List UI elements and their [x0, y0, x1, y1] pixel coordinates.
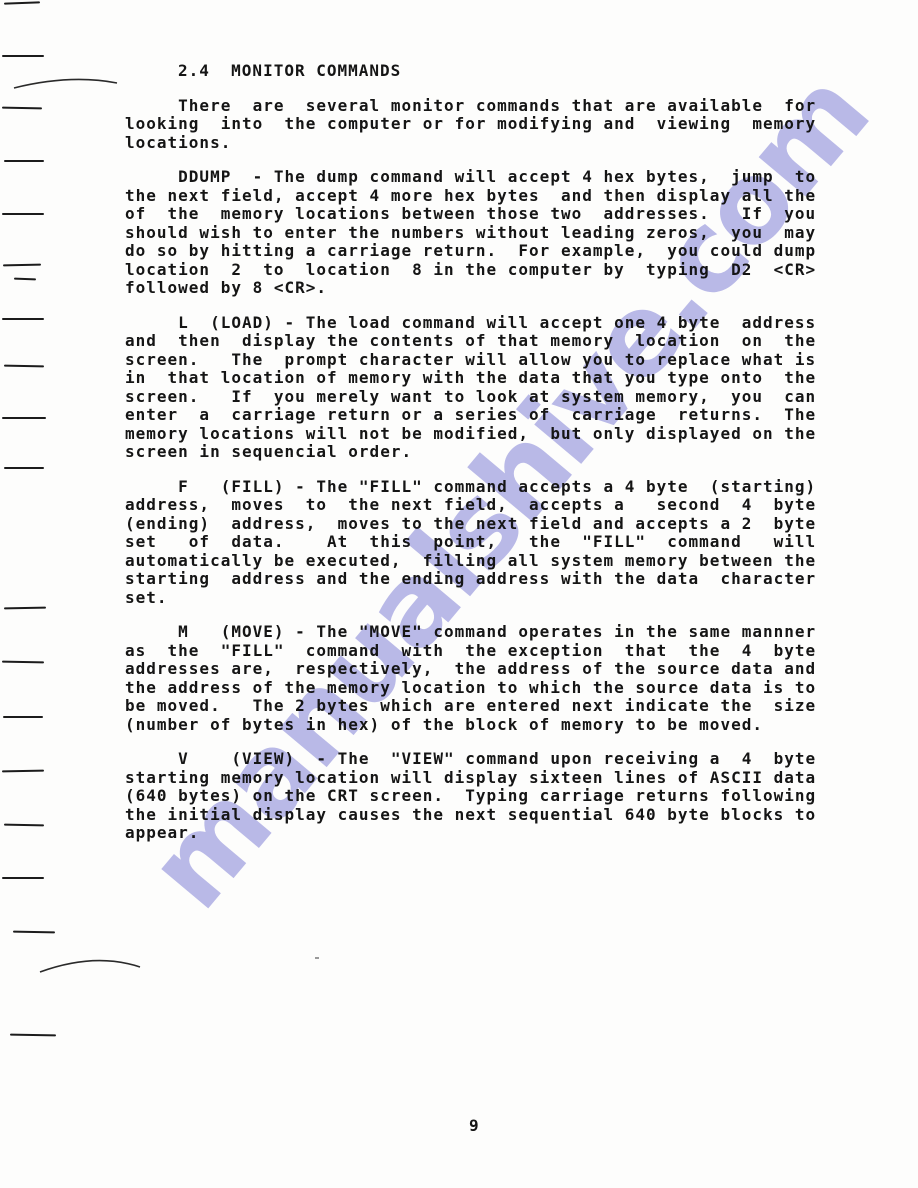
scan-mark: [13, 931, 55, 934]
body-paragraphs: There are several monitor commands that …: [125, 97, 840, 843]
text-line: L (LOAD) - The load command will accept …: [125, 314, 840, 333]
page-number: 9: [469, 1116, 480, 1135]
scanned-page: manualshive.com 2.4 MONITOR COMMANDS The…: [0, 0, 918, 1188]
scan-mark: [2, 107, 42, 110]
text-line: set.: [125, 589, 840, 608]
paragraph-load-command: L (LOAD) - The load command will accept …: [125, 314, 840, 462]
text-line: F (FILL) - The "FILL" command accepts a …: [125, 478, 840, 497]
text-line: M (MOVE) - The "MOVE" command operates i…: [125, 623, 840, 642]
text-line: be moved. The 2 bytes which are entered …: [125, 697, 840, 716]
scan-mark: [4, 1, 40, 4]
document-body: 2.4 MONITOR COMMANDS There are several m…: [125, 62, 840, 859]
scan-artifact-curve: [0, 945, 160, 985]
scan-mark: [14, 278, 36, 281]
text-line: as the "FILL" command with the exception…: [125, 642, 840, 661]
scan-mark: [2, 877, 44, 879]
text-line: should wish to enter the numbers without…: [125, 224, 840, 243]
text-line: addresses are, respectively, the address…: [125, 660, 840, 679]
text-line: V (VIEW) - The "VIEW" command upon recei…: [125, 750, 840, 769]
scan-mark: [3, 716, 43, 718]
text-line: (number of bytes in hex) of the block of…: [125, 716, 840, 735]
paragraph-intro: There are several monitor commands that …: [125, 97, 840, 153]
text-line: locations.: [125, 134, 840, 153]
text-line: starting memory location will display si…: [125, 769, 840, 788]
text-line: the address of the memory location to wh…: [125, 679, 840, 698]
scan-mark: [4, 467, 44, 469]
text-line: and then display the contents of that me…: [125, 332, 840, 351]
paragraph-view-command: V (VIEW) - The "VIEW" command upon recei…: [125, 750, 840, 843]
scan-mark: [2, 213, 44, 215]
text-line: (ending) address, moves to the next fiel…: [125, 515, 840, 534]
text-line: enter a carriage return or a series of c…: [125, 406, 840, 425]
text-line: do so by hitting a carriage return. For …: [125, 242, 840, 261]
text-line: address, moves to the next field, accept…: [125, 496, 840, 515]
text-line: appear.: [125, 824, 840, 843]
scan-artifact-curve: [0, 70, 130, 100]
text-line: screen. The prompt character will allow …: [125, 351, 840, 370]
text-line: location 2 to location 8 in the computer…: [125, 261, 840, 280]
text-line: set of data. At this point, the "FILL" c…: [125, 533, 840, 552]
text-line: There are several monitor commands that …: [125, 97, 840, 116]
scan-mark: [2, 318, 44, 320]
scan-speck: [315, 957, 319, 959]
paragraph-dump-command: DDUMP - The dump command will accept 4 h…: [125, 168, 840, 298]
text-line: screen in sequencial order.: [125, 443, 840, 462]
text-line: memory locations will not be modified, b…: [125, 425, 840, 444]
scan-mark: [4, 365, 44, 368]
section-heading: 2.4 MONITOR COMMANDS: [125, 62, 840, 81]
scan-mark: [2, 770, 44, 773]
text-line: the initial display causes the next sequ…: [125, 806, 840, 825]
scan-mark: [2, 55, 44, 57]
text-line: (640 bytes) on the CRT screen. Typing ca…: [125, 787, 840, 806]
text-line: followed by 8 <CR>.: [125, 279, 840, 298]
scan-mark: [2, 661, 44, 664]
paragraph-fill-command: F (FILL) - The "FILL" command accepts a …: [125, 478, 840, 608]
text-line: starting address and the ending address …: [125, 570, 840, 589]
scan-mark: [4, 160, 44, 162]
text-line: DDUMP - The dump command will accept 4 h…: [125, 168, 840, 187]
scan-mark: [2, 417, 46, 419]
scan-mark: [10, 1034, 56, 1037]
text-line: looking into the computer or for modifyi…: [125, 115, 840, 134]
text-line: in that location of memory with the data…: [125, 369, 840, 388]
scan-mark: [4, 607, 46, 610]
text-line: screen. If you merely want to look at sy…: [125, 388, 840, 407]
paragraph-move-command: M (MOVE) - The "MOVE" command operates i…: [125, 623, 840, 734]
text-line: automatically be executed, filling all s…: [125, 552, 840, 571]
text-line: the next field, accept 4 more hex bytes …: [125, 187, 840, 206]
text-line: of the memory locations between those tw…: [125, 205, 840, 224]
scan-mark: [3, 264, 41, 267]
scan-mark: [4, 824, 44, 827]
